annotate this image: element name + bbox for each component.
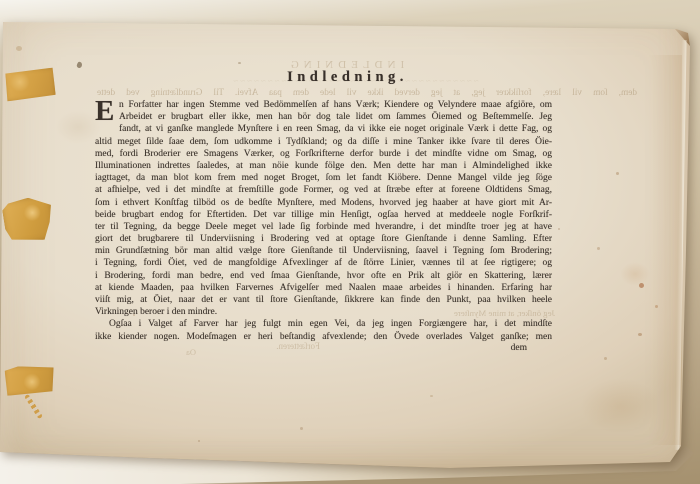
book-leaf: ~~~~~~~~~~~~~~~~~~~~~~~~~~~~~~~~~~~~ IND… — [0, 0, 700, 484]
photo-backdrop: ~~~~~~~~~~~~~~~~~~~~~~~~~~~~~~~~~~~~ IND… — [0, 0, 700, 484]
text-line: viiſt mig, at Öiet, naar det er vant til… — [95, 294, 552, 306]
text-line: beide brugbart endog for Eftertiden. Det… — [95, 209, 552, 221]
bleedthrough-line: dem, ſom vil lære, forſikkrer jeg, at je… — [97, 88, 637, 99]
foxing-spot — [238, 62, 241, 64]
text-line: at kiende Maaden, paa hvilken Farvernes … — [95, 282, 552, 294]
text-line: ſom i ethvert Konſtfag tilböd os de bedſ… — [95, 197, 552, 209]
stain — [55, 110, 101, 144]
text-line: Virkningen beroer i den mindre. — [95, 306, 552, 318]
foxing-spot — [638, 333, 642, 336]
text-line: iagttaget, da man blot kom frem med noge… — [95, 172, 552, 184]
tape-remnant-top — [4, 68, 56, 102]
text-line: ter til Tegning, da begge Deele meget ve… — [95, 221, 552, 233]
text-line: giort det brugbarere til Underviisning i… — [95, 233, 552, 245]
foxing-spot — [655, 305, 658, 308]
text-line: Arbeidet er brugbart eller ikke, men han… — [119, 111, 552, 123]
text-line: ikke kiender nogen. Modeſmagen er heri b… — [95, 331, 552, 343]
text-line: Ogſaa i Valget af Farver har jeg fulgt m… — [95, 318, 552, 330]
text-line: fandt, at vi ganſke manglede Mynſtere i … — [119, 123, 552, 135]
tape-adhesive-drip — [24, 394, 43, 419]
text-line: med, fordi Broderier ere Smagens Værker,… — [95, 148, 552, 160]
text-line: n Forfatter har ingen Stemme ved Bedömme… — [119, 99, 552, 111]
text-line: at afhielpe, ved i det mindſte at fremſt… — [95, 184, 552, 196]
tape-remnant-middle — [1, 194, 56, 245]
foxing-spot — [597, 247, 600, 250]
foxing-spot — [616, 172, 619, 175]
ink-mark — [76, 61, 83, 69]
foxing-spot — [198, 440, 200, 442]
foxing-spot — [16, 46, 22, 51]
foxing-spot — [604, 357, 607, 360]
stain — [620, 262, 650, 286]
foxing-spot — [133, 314, 135, 316]
tape-remnant-bottom — [5, 365, 55, 396]
text-line: i Tegning, fordi Öiet, ved de mangfoldig… — [95, 257, 552, 269]
text-line: i Brodering, fordi man bedre, end ved ſm… — [95, 270, 552, 282]
text-line: altid meget ſilde ſaae dem, ſom udkomme … — [95, 136, 552, 148]
text-line: Illuminationen indrettes ſaaledes, at ma… — [95, 160, 552, 172]
text-block: E n Forfatter har ingen Stemme ved Bedöm… — [95, 99, 552, 343]
foxing-spot — [430, 395, 433, 397]
foxing-spot — [639, 283, 644, 288]
foxing-spot — [558, 228, 560, 230]
foxing-spot — [300, 427, 303, 430]
stain — [648, 55, 682, 445]
page-title: Indledning. — [95, 69, 600, 86]
catchword: dem — [95, 343, 527, 353]
text-line: min Grundſætning bör man altid vælge ſto… — [95, 245, 552, 257]
